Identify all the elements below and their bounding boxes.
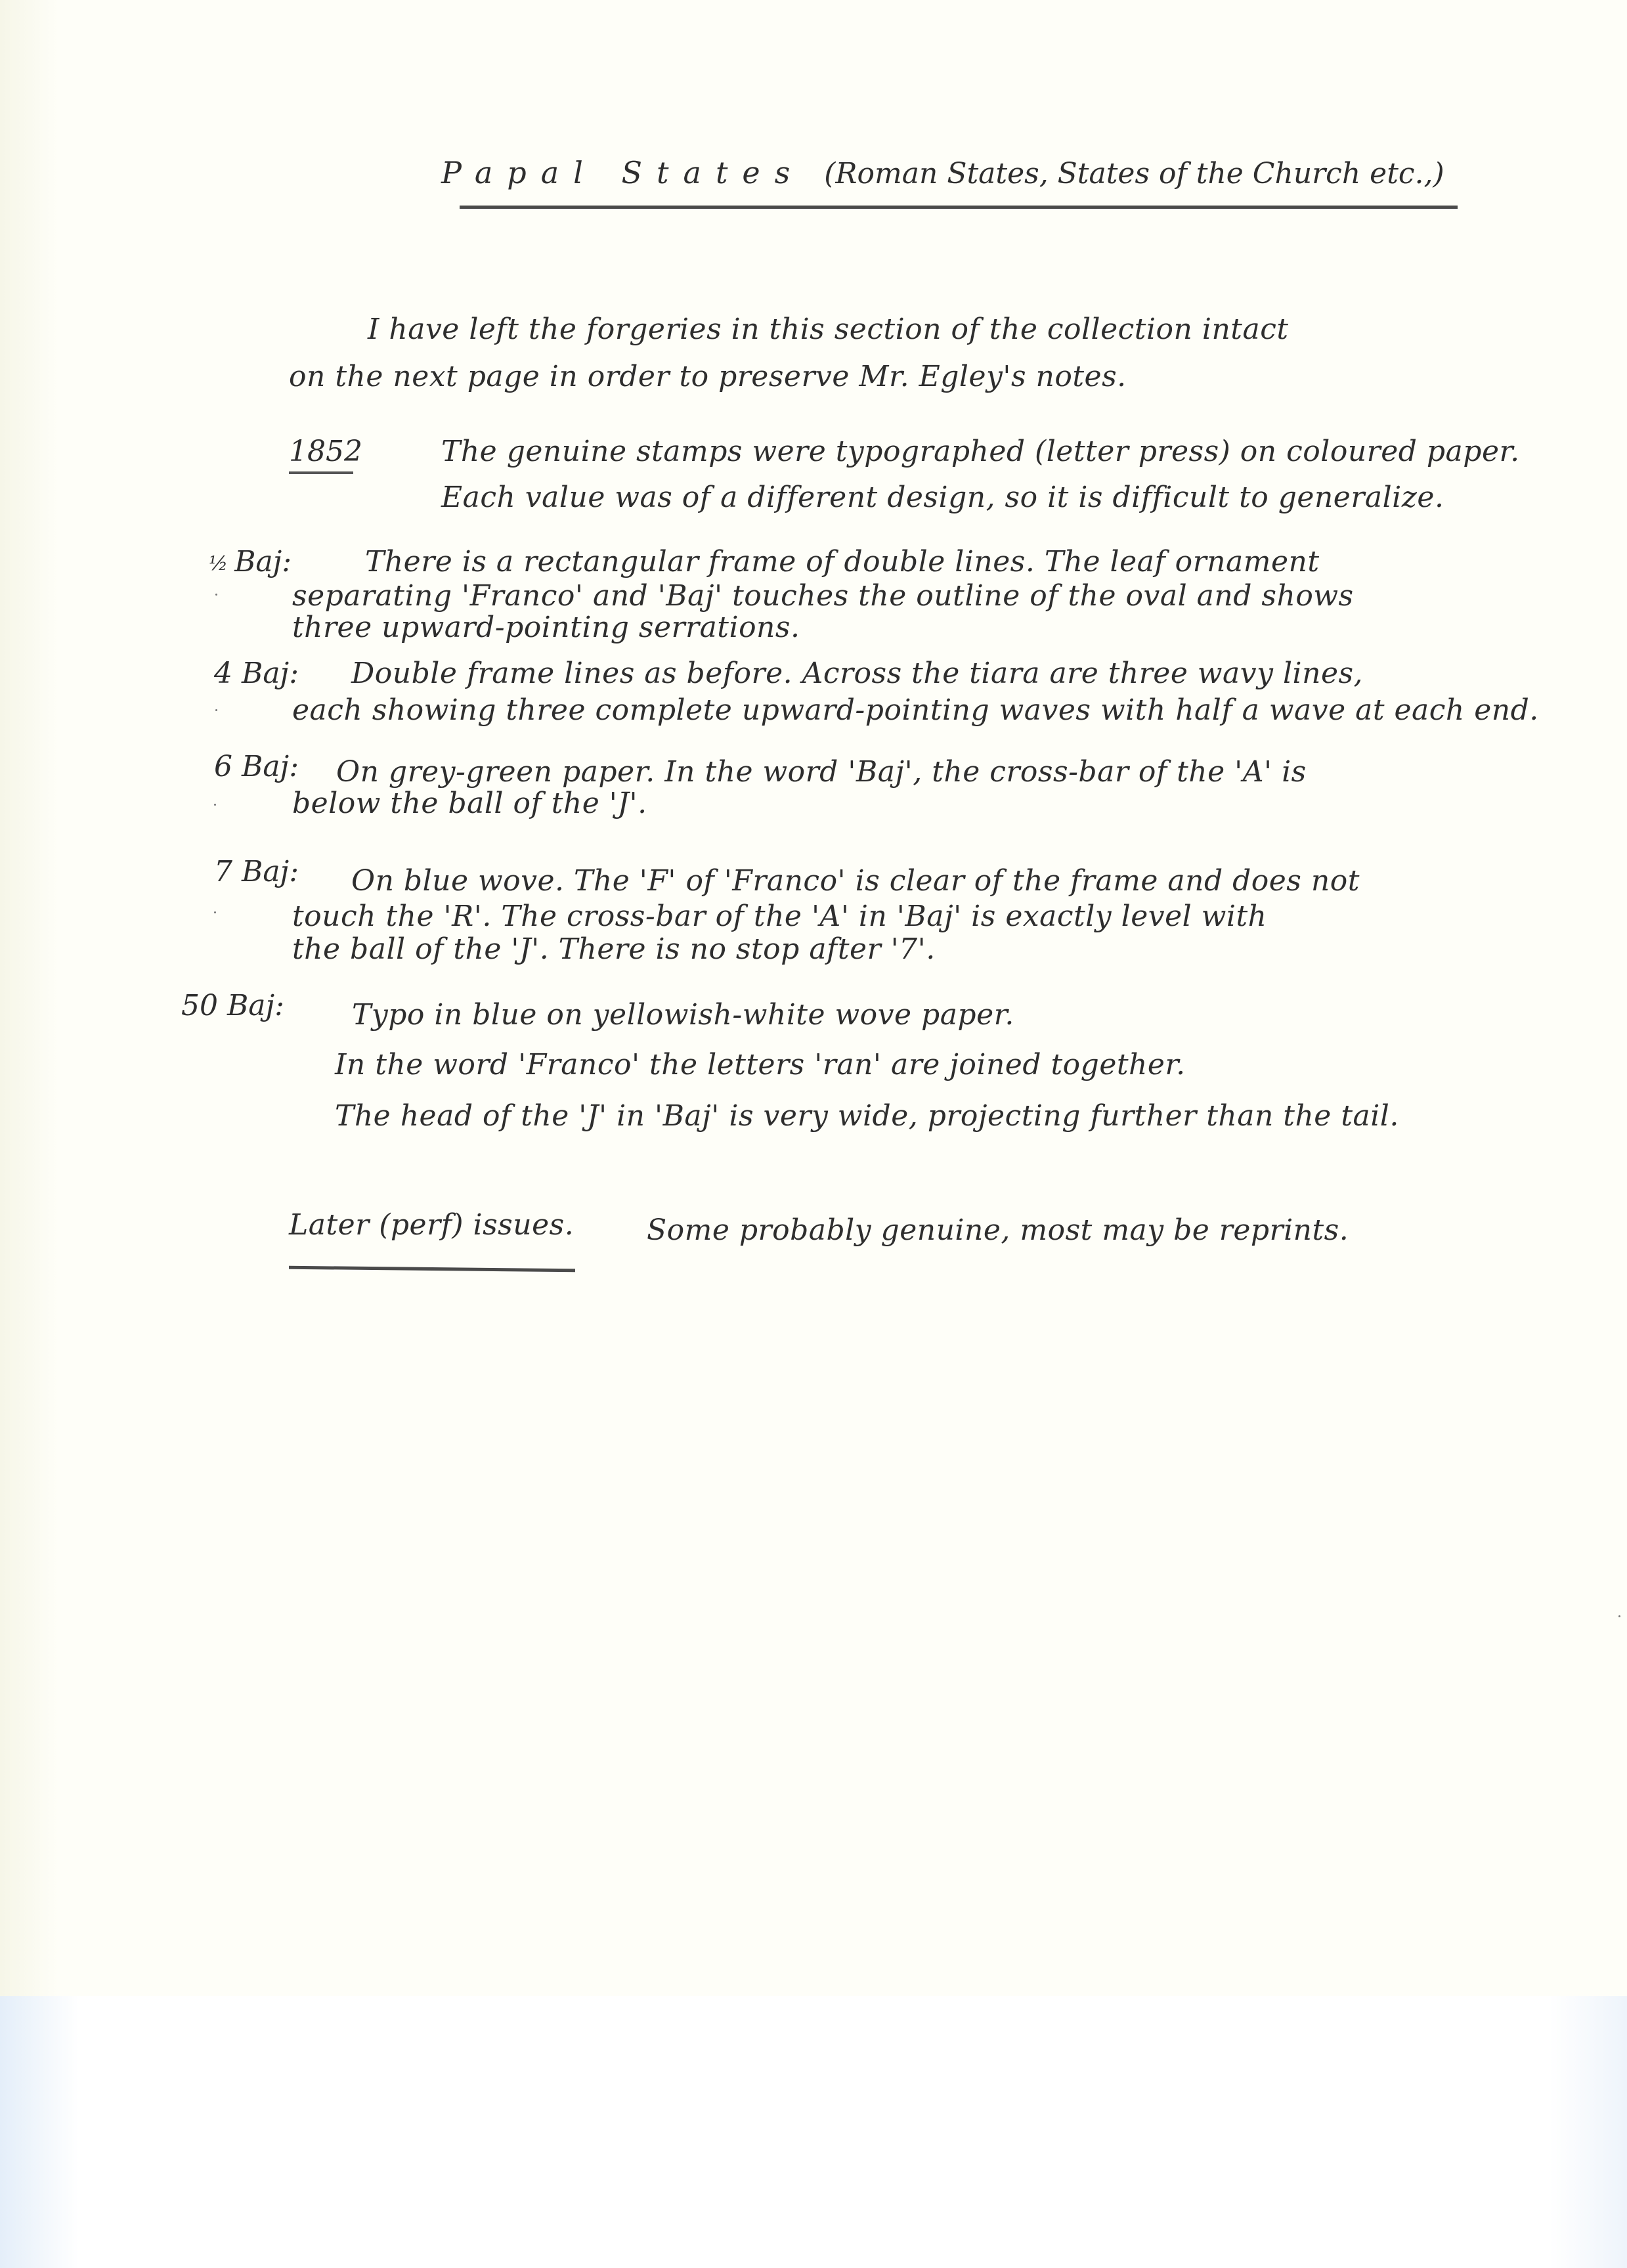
intro-line-1: I have left the forgeries in this sectio… [368,313,1289,346]
year-line-1: The genuine stamps were typographed (let… [441,435,1520,468]
entry-7-baj-line-2: touch the 'R'. The cross-bar of the 'A' … [292,900,1267,933]
fraction-half: ½ [209,552,228,575]
scan-speck [214,804,216,806]
entry-6-baj-line-2: below the ball of the 'J'. [292,787,647,820]
entry-50-baj-line-1: Typo in blue on yellowish-white wove pap… [352,998,1014,1032]
later-issues-heading: Later (perf) issues. [289,1208,574,1242]
title-main: Papal States [441,155,804,190]
entry-half-baj-line-3: three upward-pointing serrations. [292,611,800,644]
entry-6-baj-line-1: On grey-green paper. In the word 'Baj', … [336,755,1307,789]
scan-speck [215,594,217,596]
title-subtitle: (Roman States, States of the Church etc.… [824,157,1444,190]
entry-50-baj-line-3: The head of the 'J' in 'Baj' is very wid… [335,1099,1399,1133]
scanner-background [0,1996,1627,2268]
year-underline [289,471,353,474]
intro-line-2: on the next page in order to preserve Mr… [289,360,1127,393]
page-title: Papal States(Roman States, States of the… [441,155,1444,190]
later-issues-text: Some probably genuine, most may be repri… [647,1213,1349,1247]
entry-half-baj-line-2: separating 'Franco' and 'Baj' touches th… [292,579,1354,613]
entry-7-baj-line-1: On blue wove. The 'F' of 'Franco' is cle… [351,864,1360,898]
title-underline [460,206,1458,209]
entry-label-4-baj: 4 Baj: [214,657,299,690]
entry-label-half-baj: ½Baj: [209,545,292,578]
entry-label-6-baj: 6 Baj: [214,750,299,783]
year-line-2: Each value was of a different design, so… [441,481,1444,514]
year-heading: 1852 [289,435,362,468]
scan-speck [1618,1615,1620,1617]
scan-speck [214,911,216,913]
scan-speck [215,709,217,711]
entry-50-baj-line-2: In the word 'Franco' the letters 'ran' a… [335,1048,1186,1081]
entry-4-baj-line-2: each showing three complete upward-point… [292,693,1539,727]
entry-label-text: Baj: [234,545,292,578]
entry-half-baj-line-1: There is a rectangular frame of double l… [365,545,1320,578]
entry-label-7-baj: 7 Baj: [214,855,299,888]
entry-4-baj-line-1: Double frame lines as before. Across the… [351,657,1363,690]
entry-label-50-baj: 50 Baj: [181,989,284,1022]
entry-7-baj-line-3: the ball of the 'J'. There is no stop af… [292,932,936,966]
